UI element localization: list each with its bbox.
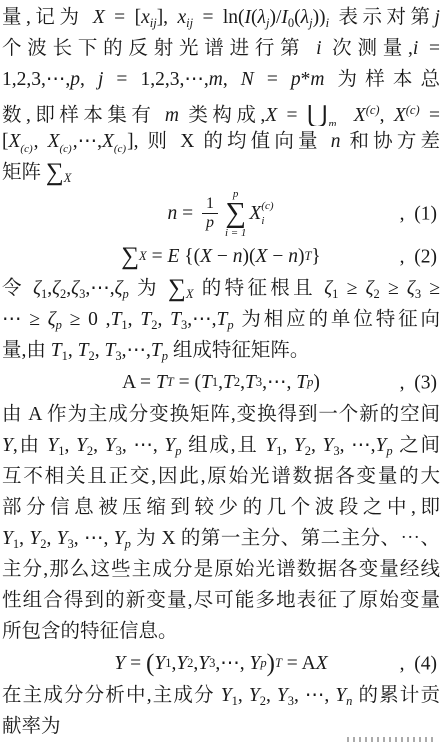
text-fragment: 的累计贡 xyxy=(352,685,440,706)
math-variable: Y xyxy=(277,685,288,706)
math-variable: T xyxy=(78,340,89,361)
math-variable: Y xyxy=(2,435,13,456)
body-line-8: ⋯ ≥ ζp ≥ 0 ,T1, T2, T3,⋯,Tp 为相应的单位特征向 xyxy=(2,304,440,335)
sup-sub-stack-part: (c) xyxy=(114,144,126,155)
text-fragment: ( xyxy=(146,650,154,678)
summation-part: ∑ xyxy=(225,200,246,228)
math-variable: Y xyxy=(114,528,125,549)
text-fragment: 之间 xyxy=(393,435,440,456)
math-variable: m xyxy=(165,105,179,126)
equation-3: A = TT = (T1,T2,T3,⋯, Tp), (3) xyxy=(2,366,440,399)
math-variable: T xyxy=(156,372,167,393)
math-variable: X xyxy=(102,131,114,152)
equation-body: ∑X = E {(X − n)(X − n)T} xyxy=(121,243,321,271)
text-fragment: 令 xyxy=(2,278,33,299)
equation-body: n = 1pp∑i = 1X(c)i xyxy=(167,189,274,239)
text-fragment: )/ xyxy=(269,7,281,28)
body-line-10: 由 A 作为主成分变换矩阵,变换得到一个新的空间 xyxy=(2,399,440,430)
sup-sub-stack: (c)i xyxy=(261,201,273,227)
text-fragment: A = xyxy=(122,372,156,393)
body-line-16: 性组合得到的新变量,尽可能多地表征了原始变量 xyxy=(2,585,440,616)
text-fragment: ,⋯, xyxy=(262,372,296,393)
text-fragment: − xyxy=(267,246,288,267)
body-line-9: 量,由 T1, T2, T3,⋯,Tp 组成特征矩阵。 xyxy=(2,335,440,366)
text-fragment: , ⋯, xyxy=(294,685,335,706)
math-variable: Y xyxy=(294,435,305,456)
body-line-4: 数,即样本集有 m 类构成,X = ⋃mc = 1X(c), X(c) = xyxy=(2,95,440,126)
equation-number: , (4) xyxy=(400,653,437,674)
text-fragment: , xyxy=(380,105,394,126)
body-line-2: 个波长下的反射光谱进行第 i 次测量,i = xyxy=(2,33,440,64)
text-fragment: = [ xyxy=(105,7,141,28)
text-fragment: ij xyxy=(150,16,157,30)
math-variable: X xyxy=(256,246,268,267)
text-fragment: , xyxy=(80,69,98,90)
math-variable: Y xyxy=(376,435,387,456)
body-line-11: Y,由 Y1, Y2, Y3, ⋯, Yp 组成,且 Y1, Y2, Y3, ⋯… xyxy=(2,430,440,461)
body-line-14: Y1, Y2, Y3, ⋯, Yp 为 X 的第一主分、第二主分、⋯、第 p xyxy=(2,523,440,554)
math-variable: m xyxy=(209,69,223,90)
text-fragment: T xyxy=(304,250,311,264)
text-fragment: , xyxy=(311,435,323,456)
math-variable: Y xyxy=(114,653,125,674)
text-fragment: ], 则 X 的均值向量 xyxy=(127,131,331,152)
math-variable: Y xyxy=(57,528,68,549)
text-fragment: 献率为 xyxy=(2,716,61,737)
text-fragment: ,⋯, xyxy=(215,653,249,674)
text-fragment: ∑ xyxy=(46,159,64,186)
text-fragment: ,⋯, xyxy=(122,340,151,361)
math-variable: T xyxy=(245,372,256,393)
text-fragment: 类构成, xyxy=(179,105,265,126)
body-line-1: 量,记为 X = [xij], xij = ln(I(λj)/I0(λj))i … xyxy=(2,2,440,33)
text-fragment: ≥ xyxy=(421,278,440,299)
sup-sub-stack-part: (c) xyxy=(59,144,71,155)
text-fragment: 表示对第 xyxy=(329,7,435,28)
text-fragment: 部分信息被压缩到较少的几个波段之中,即 xyxy=(2,497,440,518)
text-fragment: 性组合得到的新变量,尽可能多地表征了原始变量 xyxy=(2,590,440,611)
text-fragment: , xyxy=(282,435,294,456)
text-fragment: 量,记为 xyxy=(2,7,93,28)
math-variable: T xyxy=(51,340,62,361)
sup-sub-stack: (c)1 xyxy=(20,144,32,157)
text-fragment: , xyxy=(34,131,48,152)
operator-limits-part: m xyxy=(328,119,336,126)
math-variable: T xyxy=(223,372,234,393)
math-variable: T xyxy=(151,340,162,361)
text-fragment: = xyxy=(420,105,440,126)
text-fragment: , xyxy=(65,435,77,456)
math-variable: T xyxy=(296,372,307,393)
math-variable: X xyxy=(93,7,105,28)
math-variable: n xyxy=(167,203,177,224)
operator-limits: mc = 1 xyxy=(328,119,351,126)
body-line-5: [X(c)1, X(c)2,⋯,X(c)p], 则 X 的均值向量 n 和协方差 xyxy=(2,126,440,157)
fraction: 1p xyxy=(202,196,218,233)
math-variable: ζ xyxy=(71,278,79,299)
text-fragment: = 1,2,3,⋯, xyxy=(103,69,208,90)
text-fragment: 组成特征矩阵。 xyxy=(168,340,309,361)
text-fragment: ,⋯, xyxy=(85,278,114,299)
text-fragment: = xyxy=(277,105,307,126)
body-line-17: 所包含的特征信息。 xyxy=(2,616,440,647)
text-fragment: (c) xyxy=(366,103,380,117)
math-variable: X xyxy=(316,653,328,674)
equation-number: , (2) xyxy=(400,246,437,267)
text-fragment: {( xyxy=(179,246,200,267)
math-variable: Y xyxy=(249,685,260,706)
text-fragment: = ln( xyxy=(193,7,244,28)
cropped-bottom-artifact xyxy=(347,737,437,742)
text-fragment: = xyxy=(125,653,146,674)
math-variable: ζ xyxy=(407,278,415,299)
text-fragment: )) xyxy=(313,7,326,28)
math-variable: Y xyxy=(2,528,13,549)
math-variable: Y xyxy=(323,435,334,456)
text-fragment: 为样本总 xyxy=(324,69,440,90)
math-variable: Y xyxy=(154,653,165,674)
math-variable: Y xyxy=(105,435,116,456)
text-fragment: (c) xyxy=(406,103,420,117)
equation-4: Y = (Y1,Y2,Y3,⋯, Yp)T = AX, (4) xyxy=(2,647,440,680)
equation-1: n = 1pp∑i = 1X(c)i, (1) xyxy=(2,188,440,240)
text-fragment: = xyxy=(254,69,291,90)
body-line-12: 互不相关且正交,因此,原始光谱数据各变量的大 xyxy=(2,461,440,492)
text-fragment: 在主成分分析中,主成分 xyxy=(2,685,221,706)
math-variable: T xyxy=(201,372,212,393)
math-variable: ζ xyxy=(48,309,56,330)
text-fragment: 和协方差 xyxy=(340,131,440,152)
math-variable: X xyxy=(200,246,212,267)
page-text: 量,记为 X = [xij], xij = ln(I(λj)/I0(λj))i … xyxy=(0,0,443,742)
math-variable: X xyxy=(48,131,60,152)
text-fragment: T xyxy=(275,657,282,671)
math-variable: E xyxy=(167,246,179,267)
math-variable: Y xyxy=(47,435,58,456)
text-fragment: 为 xyxy=(129,278,168,299)
math-variable: x xyxy=(177,7,186,28)
text-fragment: 为相应的单位特征向 xyxy=(234,309,440,330)
text-fragment: ], xyxy=(157,7,178,28)
equation-body: Y = (Y1,Y2,Y3,⋯, Yp)T = AX xyxy=(114,650,327,678)
math-variable: Y xyxy=(176,653,187,674)
math-variable: Y xyxy=(76,435,87,456)
body-line-7: 令 ζ1,ζ2,ζ3,⋯,ζp 为 ∑X 的特征根且 ζ1 ≥ ζ2 ≥ ζ3 … xyxy=(2,273,440,304)
math-variable: ζ xyxy=(324,278,332,299)
sup-sub-stack-part: (c) xyxy=(261,201,273,212)
text-fragment: } xyxy=(311,246,320,267)
math-variable: Y xyxy=(198,653,209,674)
text-fragment: 组成,且 xyxy=(181,435,265,456)
math-variable: T xyxy=(104,340,115,361)
math-variable: T xyxy=(111,309,122,330)
body-line-6: 矩阵 ∑X xyxy=(2,157,440,188)
body-line-3: 1,2,3,⋯,p, j = 1,2,3,⋯,m, N = p*m 为样本总 xyxy=(2,64,440,95)
text-fragment: )( xyxy=(243,246,256,267)
math-variable: n xyxy=(288,246,298,267)
math-variable: Y xyxy=(265,435,276,456)
math-variable: λ xyxy=(301,7,309,28)
math-variable: n xyxy=(233,246,243,267)
body-line-15: 主分,那么这些主成分是原始光谱数据各变量经线 xyxy=(2,554,440,585)
body-line-13: 部分信息被压缩到较少的几个波段之中,即 xyxy=(2,492,440,523)
math-variable: ζ xyxy=(33,278,41,299)
text-fragment: , xyxy=(223,69,241,90)
math-variable: T xyxy=(170,309,181,330)
fraction-part: 1 xyxy=(202,196,218,215)
text-fragment: , xyxy=(19,528,29,549)
math-variable: Y xyxy=(335,685,346,706)
sup-sub-stack: (c)2 xyxy=(59,144,71,157)
text-fragment: ,由 xyxy=(13,435,48,456)
math-variable: Y xyxy=(250,653,261,674)
text-fragment: ⋯ ≥ xyxy=(2,309,48,330)
text-fragment: , xyxy=(46,528,56,549)
math-variable: x xyxy=(141,7,150,28)
scanned-paper-page: { "page": { "background": "#ffffff", "te… xyxy=(0,0,444,743)
math-variable: λ xyxy=(258,7,266,28)
math-variable: p xyxy=(291,69,301,90)
text-fragment: ∑ xyxy=(121,243,139,271)
text-fragment: 量,由 xyxy=(2,340,51,361)
text-fragment: , ⋯, xyxy=(340,435,376,456)
text-fragment: 次测量, xyxy=(322,38,413,59)
text-fragment: X xyxy=(64,171,72,185)
text-fragment: ≥ xyxy=(338,278,365,299)
text-fragment: * xyxy=(301,69,311,90)
math-variable: Y xyxy=(164,435,175,456)
text-fragment: 互不相关且正交,因此,原始光谱数据各变量的大 xyxy=(2,466,440,487)
math-variable: j xyxy=(435,7,440,28)
text-fragment: 的特征根且 xyxy=(194,278,325,299)
summation: p∑i = 1 xyxy=(225,189,246,239)
math-variable: p xyxy=(70,69,80,90)
math-variable: X xyxy=(9,131,21,152)
equation-number: , (3) xyxy=(400,372,437,393)
text-fragment: 矩阵 xyxy=(2,162,46,183)
text-fragment: 由 A 作为主成分变换矩阵,变换得到一个新的空间 xyxy=(2,404,440,425)
text-fragment: ) xyxy=(313,372,320,393)
sup-sub-stack: (c)p xyxy=(114,144,126,157)
math-variable: ζ xyxy=(52,278,60,299)
text-fragment: = ( xyxy=(174,372,201,393)
summation-part: i = 1 xyxy=(225,228,246,239)
math-variable: X xyxy=(394,105,406,126)
math-variable: T xyxy=(140,309,151,330)
text-fragment: 数,即样本集有 xyxy=(2,105,165,126)
text-fragment: 1,2,3,⋯, xyxy=(2,69,70,90)
text-fragment: , xyxy=(93,435,105,456)
math-variable: N xyxy=(241,69,254,90)
math-variable: X xyxy=(265,105,277,126)
math-variable: n xyxy=(331,131,341,152)
equation-2: ∑X = E {(X − n)(X − n)T}, (2) xyxy=(2,240,440,273)
text-fragment: T xyxy=(167,376,174,390)
text-fragment: X xyxy=(139,250,147,264)
text-fragment: = A xyxy=(282,653,316,674)
text-fragment: ,⋯, xyxy=(73,131,102,152)
text-fragment: , xyxy=(238,685,249,706)
sup-sub-stack-part: i xyxy=(261,216,264,227)
math-variable: Y xyxy=(29,528,40,549)
text-fragment: , ⋯, xyxy=(74,528,114,549)
math-variable: Y xyxy=(221,685,232,706)
body-line-18: 在主成分分析中,主成分 Y1, Y2, Y3, ⋯, Yn 的累计贡 xyxy=(2,680,440,711)
text-fragment: ⋃ xyxy=(307,102,328,126)
text-fragment: ∑ xyxy=(168,275,186,302)
text-fragment: 所包含的特征信息。 xyxy=(2,621,178,642)
equation-number: , (1) xyxy=(400,203,437,224)
text-fragment: = xyxy=(147,246,168,267)
text-fragment: ,⋯, xyxy=(187,309,216,330)
math-variable: X xyxy=(354,105,366,126)
math-variable: m xyxy=(310,69,324,90)
text-fragment: = xyxy=(418,38,440,59)
text-fragment: ) xyxy=(267,650,275,678)
text-fragment: 主分,那么这些主成分是原始光谱数据各变量经线 xyxy=(2,559,440,580)
text-fragment: − xyxy=(212,246,233,267)
text-fragment: , xyxy=(266,685,277,706)
text-fragment: , xyxy=(68,340,78,361)
text-fragment: ≥ xyxy=(380,278,407,299)
math-variable: X xyxy=(249,203,261,224)
text-fragment: , ⋯, xyxy=(122,435,165,456)
text-fragment: 个波长下的反射光谱进行第 xyxy=(2,38,316,59)
sup-sub-stack-part: (c) xyxy=(20,144,32,155)
text-fragment: , xyxy=(157,309,170,330)
fraction-part: p xyxy=(206,214,214,232)
text-fragment: = xyxy=(177,203,198,224)
text-fragment: X xyxy=(186,287,194,301)
math-variable: T xyxy=(216,309,227,330)
text-fragment: ≥ 0 , xyxy=(62,309,111,330)
text-fragment: , xyxy=(128,309,141,330)
equation-body: A = TT = (T1,T2,T3,⋯, Tp) xyxy=(122,372,320,393)
